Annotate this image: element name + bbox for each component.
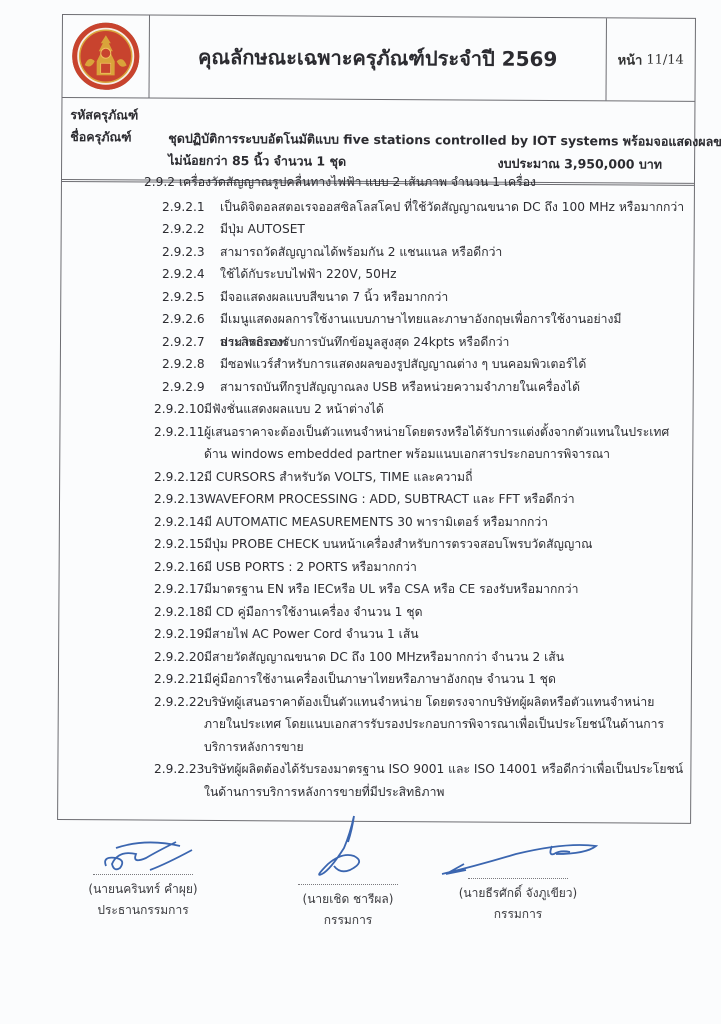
spec-item-number: 2.9.2.15 xyxy=(154,533,204,556)
spec-item-number: 2.9.2.3 xyxy=(162,241,220,264)
spec-item: 2.9.2.13WAVEFORM PROCESSING : ADD, SUBTR… xyxy=(154,488,686,511)
spec-item-text: มีปุ่ม PROBE CHECK บนหน้าเครื่องสำหรับกา… xyxy=(204,533,686,556)
spec-item-number: 2.9.2.19 xyxy=(154,623,204,646)
spec-item: 2.9.2.12มี CURSORS สำหรับวัด VOLTS, TIME… xyxy=(154,466,686,489)
spec-item-number: 2.9.2.10 xyxy=(154,398,204,421)
spec-item-text: มีปุ่ม AUTOSET xyxy=(220,218,686,241)
spec-item-number: 2.9.2.14 xyxy=(154,511,204,534)
page-indicator: หน้า 11/14 xyxy=(606,18,694,101)
spec-item: 2.9.2.3สามารถวัดสัญญาณได้พร้อมกัน 2 แชนแ… xyxy=(162,241,686,264)
spec-item: 2.9.2.17มีมาตรฐาน EN หรือ IECหรือ UL หรื… xyxy=(154,578,686,601)
spec-item: 2.9.2.20มีสายวัดสัญญาณขนาด DC ถึง 100 MH… xyxy=(154,646,686,669)
spec-item-number: 2.9.2.18 xyxy=(154,601,204,624)
spec-item-text: บริษัทผู้เสนอราคาต้องเป็นตัวแทนจำหน่าย โ… xyxy=(204,691,686,759)
spec-item: 2.9.2.10มีฟังชั่นแสดงผลแบบ 2 หน้าต่างได้ xyxy=(154,398,686,421)
signature-line xyxy=(93,874,193,875)
page-label: หน้า xyxy=(618,49,643,70)
spec-item-text: มีมาตรฐาน EN หรือ IECหรือ UL หรือ CSA หร… xyxy=(204,578,686,601)
spec-item: 2.9.2.2มีปุ่ม AUTOSET xyxy=(162,218,686,241)
spec-item-text: สามารถบันทึกรูปสัญญาณลง USB หรือหน่วยควา… xyxy=(220,376,686,399)
spec-item-number: 2.9.2.17 xyxy=(154,578,204,601)
vocational-education-commission-seal-icon xyxy=(71,21,141,91)
spec-item: 2.9.2.23บริษัทผู้ผลิตต้องได้รับรองมาตรฐา… xyxy=(154,758,686,803)
spec-item-number: 2.9.2.13 xyxy=(154,488,204,511)
spec-item: 2.9.2.22บริษัทผู้เสนอราคาต้องเป็นตัวแทนจ… xyxy=(154,691,686,759)
spec-item-text: มี USB PORTS : 2 PORTS หรือมากกว่า xyxy=(204,556,686,579)
page-title: คุณลักษณะเฉพาะครุภัณฑ์ประจำปี 2569 xyxy=(149,16,606,101)
spec-item-number: 2.9.2.1 xyxy=(162,196,220,219)
spec-item: 2.9.2.8มีซอฟแวร์สำหรับการแสดงผลของรูปสัญ… xyxy=(162,353,686,376)
spec-item: 2.9.2.4ใช้ได้กับระบบไฟฟ้า 220V, 50Hz xyxy=(162,263,686,286)
equipment-code-label: รหัสครุภัณฑ์ xyxy=(70,105,138,125)
spec-item-text: สามารถรองรับการบันทึกข้อมูลสูงสุด 24kpts… xyxy=(220,331,686,354)
spec-item-text: ผู้เสนอราคาจะต้องเป็นตัวแทนจำหน่ายโดยตรง… xyxy=(204,421,686,466)
spec-item: 2.9.2.21มีคู่มือการใช้งานเครื่องเป็นภาษา… xyxy=(154,668,686,691)
spec-item-number: 2.9.2.4 xyxy=(162,263,220,286)
spec-item: 2.9.2.14มี AUTOMATIC MEASUREMENTS 30 พาร… xyxy=(154,511,686,534)
spec-item-number: 2.9.2.16 xyxy=(154,556,204,579)
spec-item-number: 2.9.2.22 xyxy=(154,691,204,759)
page-number: 11/14 xyxy=(646,52,684,67)
spec-item-text: ใช้ได้กับระบบไฟฟ้า 220V, 50Hz xyxy=(220,263,686,286)
signature-member-1: (นายเชิด ชารีผล) กรรมการ xyxy=(288,838,408,931)
spec-item: 2.9.2.1เป็นดิจิตอลสตอเรจออสซิลโลสโคป ที่… xyxy=(162,196,686,219)
spec-item: 2.9.2.15มีปุ่ม PROBE CHECK บนหน้าเครื่อง… xyxy=(154,533,686,556)
spec-item-text: เป็นดิจิตอลสตอเรจออสซิลโลสโคป ที่ใช้วัดส… xyxy=(220,196,686,219)
spec-item-text: มีจอแสดงผลแบบสีขนาด 7 นิ้ว หรือมากกว่า xyxy=(220,286,686,309)
section-title: 2.9.2 เครื่องวัดสัญญาณรูปคลื่นทางไฟฟ้า แ… xyxy=(144,173,536,192)
spec-item: 2.9.2.7สามารถรองรับการบันทึกข้อมูลสูงสุด… xyxy=(162,331,686,354)
spec-item: 2.9.2.5มีจอแสดงผลแบบสีขนาด 7 นิ้ว หรือมา… xyxy=(162,286,686,309)
spec-item: 2.9.2.11ผู้เสนอราคาจะต้องเป็นตัวแทนจำหน่… xyxy=(154,421,686,466)
spec-item-number: 2.9.2.8 xyxy=(162,353,220,376)
spec-item-number: 2.9.2.11 xyxy=(154,421,204,466)
spec-item-text: มีคู่มือการใช้งานเครื่องเป็นภาษาไทยหรือภ… xyxy=(204,668,686,691)
spec-item-number: 2.9.2.12 xyxy=(154,466,204,489)
spec-item-number: 2.9.2.20 xyxy=(154,646,204,669)
equipment-name-line-1: ชุดปฏิบัติการระบบอัตโนมัติแบบ five stati… xyxy=(168,128,686,153)
spec-item-number: 2.9.2.9 xyxy=(162,376,220,399)
spec-item-number: 2.9.2.21 xyxy=(154,668,204,691)
signature-chairman: (นายนครินทร์ คำผุย) ประธานกรรมการ xyxy=(78,838,208,921)
spec-item-text: มี AUTOMATIC MEASUREMENTS 30 พารามิเตอร์… xyxy=(204,511,686,534)
handwritten-signature-icon xyxy=(436,840,606,880)
spec-item: 2.9.2.9สามารถบันทึกรูปสัญญาณลง USB หรือห… xyxy=(162,376,686,399)
spec-item-text: มี CURSORS สำหรับวัด VOLTS, TIME และความ… xyxy=(204,466,686,489)
signer-name: (นายนครินทร์ คำผุย) xyxy=(78,879,208,899)
spec-item-text: มีสายวัดสัญญาณขนาด DC ถึง 100 MHzหรือมาก… xyxy=(204,646,686,669)
signer-name: (นายธีรศักดิ์ จังภูเขียว) xyxy=(448,883,588,903)
spec-item-number: 2.9.2.23 xyxy=(154,758,204,803)
signature-member-2: (นายธีรศักดิ์ จังภูเขียว) กรรมการ xyxy=(448,844,588,925)
logo-cell xyxy=(62,15,149,98)
spec-item-number: 2.9.2.7 xyxy=(162,331,220,354)
spec-item-text: สามารถวัดสัญญาณได้พร้อมกัน 2 แชนแนล หรือ… xyxy=(220,241,686,264)
equipment-name-label: ชื่อครุภัณฑ์ xyxy=(70,127,131,147)
spec-item-text: มีฟังชั่นแสดงผลแบบ 2 หน้าต่างได้ xyxy=(204,398,686,421)
spec-item-text: บริษัทผู้ผลิตต้องได้รับรองมาตรฐาน ISO 90… xyxy=(204,758,686,803)
spec-item: 2.9.2.18มี CD คู่มือการใช้งานเครื่อง จำน… xyxy=(154,601,686,624)
spec-item-number: 2.9.2.5 xyxy=(162,286,220,309)
handwritten-signature-icon xyxy=(310,814,390,884)
signer-name: (นายเชิด ชารีผล) xyxy=(288,889,408,909)
document-header: คุณลักษณะเฉพาะครุภัณฑ์ประจำปี 2569 หน้า … xyxy=(62,15,694,102)
signer-role: กรรมการ xyxy=(448,903,588,925)
spec-item: 2.9.2.16มี USB PORTS : 2 PORTS หรือมากกว… xyxy=(154,556,686,579)
signer-role: ประธานกรรมการ xyxy=(78,899,208,921)
budget-amount: งบประมาณ 3,950,000 บาท xyxy=(497,154,662,175)
spec-item-text: มีสายไฟ AC Power Cord จำนวน 1 เส้น xyxy=(204,623,686,646)
spec-item: 2.9.2.19มีสายไฟ AC Power Cord จำนวน 1 เส… xyxy=(154,623,686,646)
signature-block: (นายนครินทร์ คำผุย) ประธานกรรมการ (นายเช… xyxy=(0,820,721,1020)
handwritten-signature-icon xyxy=(96,834,206,874)
spec-item-text: มี CD คู่มือการใช้งานเครื่อง จำนวน 1 ชุด xyxy=(204,601,686,624)
signature-line xyxy=(298,884,398,885)
spec-item-text: WAVEFORM PROCESSING : ADD, SUBTRACT และ … xyxy=(204,488,686,511)
signer-role: กรรมการ xyxy=(288,909,408,931)
spec-item-number: 2.9.2.2 xyxy=(162,218,220,241)
spec-item-text: มีซอฟแวร์สำหรับการแสดงผลของรูปสัญญาณต่าง… xyxy=(220,353,686,376)
